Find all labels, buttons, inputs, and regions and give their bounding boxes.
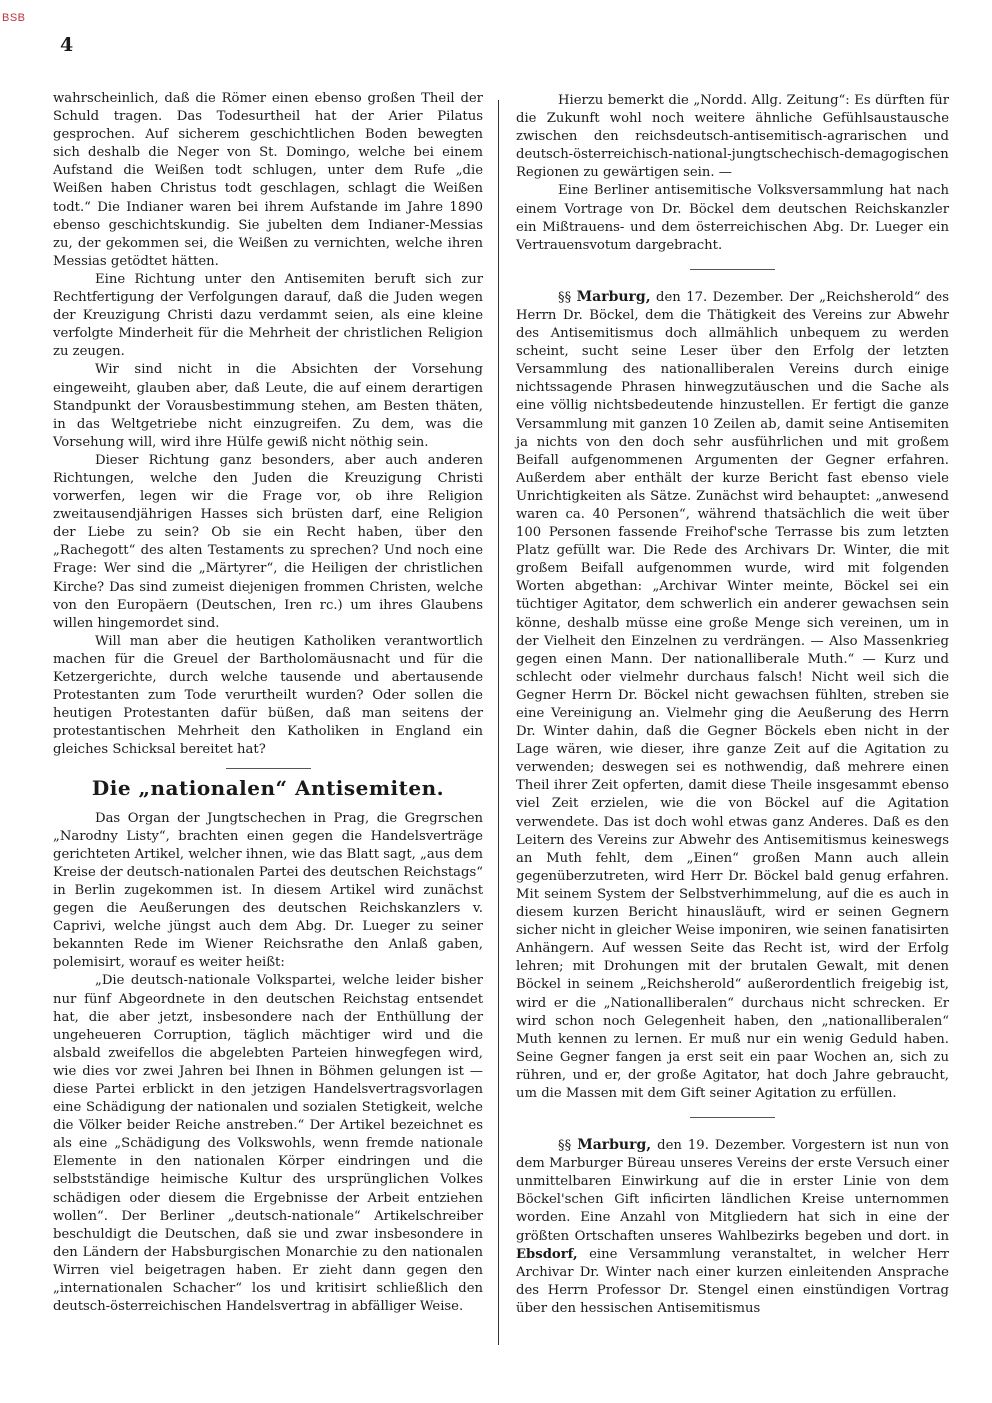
dateline-date: den 19. Dezember.	[657, 1138, 786, 1153]
right-column: Hierzu bemerkt die „Nordd. Allg. Zeitung…	[516, 92, 949, 1318]
quoted-paragraph: „Die deutsch-nationale Volkspartei, welc…	[53, 972, 483, 1316]
paragraph: Das Organ der Jungtschechen in Prag, die…	[53, 810, 483, 973]
news-report: §§ Marburg, den 17. Dezember. Der „Reich…	[516, 288, 949, 1103]
left-column: wahrscheinlich, daß die Römer einen eben…	[53, 90, 483, 1316]
page-number: 4	[60, 34, 73, 56]
report-text: eine Versammlung veranstaltet, in welche…	[516, 1247, 949, 1316]
paragraph: Hierzu bemerkt die „Nordd. Allg. Zeitung…	[516, 92, 949, 182]
dateline-date: den 17. Dezember.	[656, 290, 784, 305]
report-text: Vorgestern ist nun von dem Marburger Bür…	[516, 1138, 949, 1243]
column-divider	[498, 100, 499, 1345]
paragraph: Wir sind nicht in die Absichten der Vors…	[53, 361, 483, 451]
paragraph: Eine Berliner antisemitische Volksversam…	[516, 182, 949, 254]
place-name-bold: Ebsdorf,	[516, 1247, 578, 1262]
library-watermark: BSB	[2, 12, 26, 24]
paragraph: wahrscheinlich, daß die Römer einen eben…	[53, 90, 483, 271]
section-divider	[690, 1117, 775, 1118]
report-text: Der „Reichsherold“ des Herrn Dr. Böckel,…	[516, 290, 949, 1101]
article-headline: Die „nationalen“ Antisemiten.	[53, 779, 483, 797]
paragraph: Will man aber die heutigen Katholiken ve…	[53, 633, 483, 760]
news-report: §§ Marburg, den 19. Dezember. Vorgestern…	[516, 1136, 949, 1318]
section-marker: §§	[558, 290, 571, 305]
section-divider	[690, 269, 775, 270]
section-divider	[226, 768, 311, 769]
paragraph: Eine Richtung unter den Antisemiten beru…	[53, 271, 483, 361]
section-marker: §§	[558, 1138, 571, 1153]
dateline-place: Marburg,	[577, 1137, 651, 1153]
paragraph: Dieser Richtung ganz besonders, aber auc…	[53, 452, 483, 633]
dateline-place: Marburg,	[577, 289, 651, 305]
